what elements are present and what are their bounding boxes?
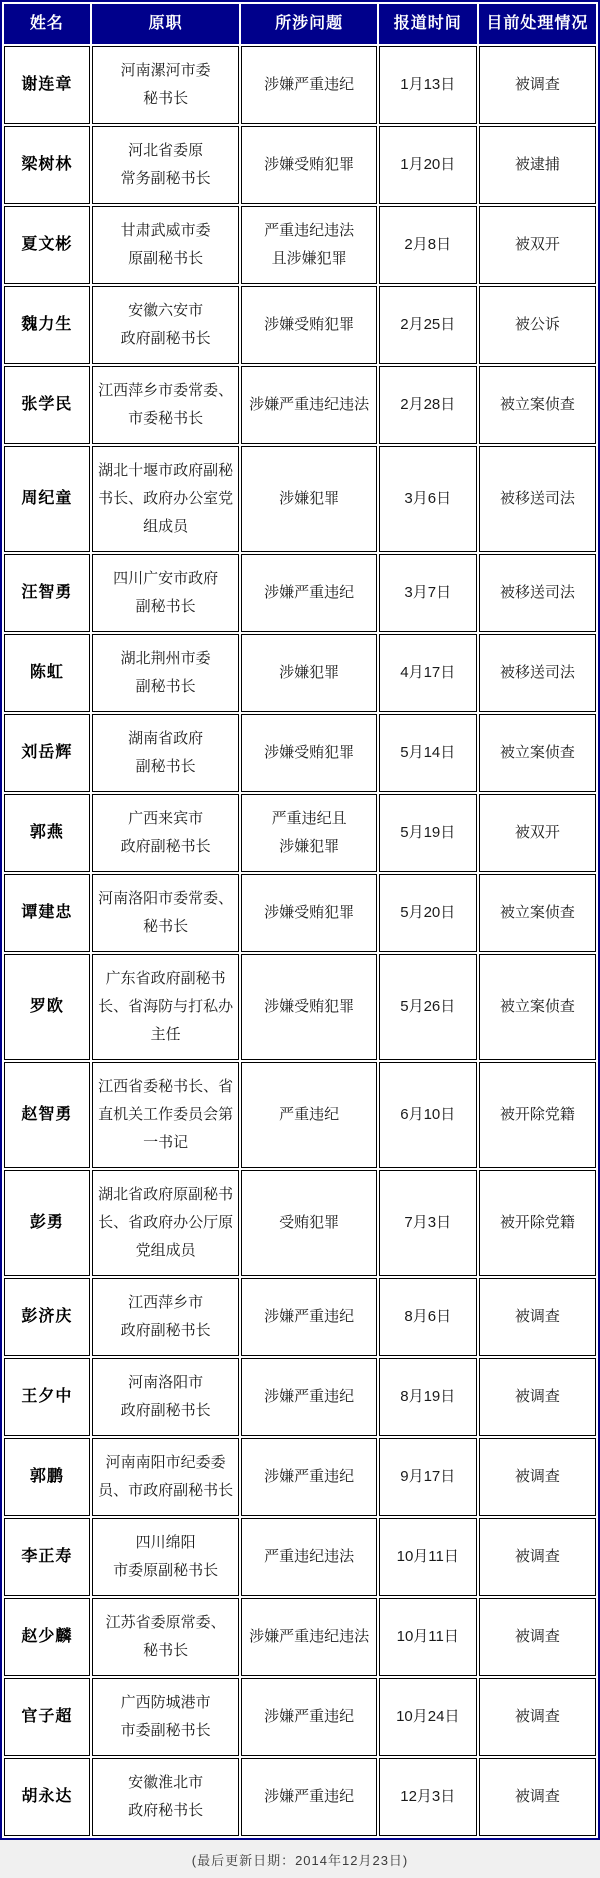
cell-status: 被调查 xyxy=(479,1358,596,1436)
cell-date: 2月28日 xyxy=(379,366,477,444)
cell-status: 被调查 xyxy=(479,1758,596,1836)
cell-date: 5月20日 xyxy=(379,874,477,952)
cell-position: 江苏省委原常委、 秘书长 xyxy=(92,1598,240,1676)
cell-status: 被立案侦查 xyxy=(479,366,596,444)
cell-position: 湖南省政府 副秘书长 xyxy=(92,714,240,792)
cell-name: 郭燕 xyxy=(4,794,90,872)
cell-date: 5月14日 xyxy=(379,714,477,792)
cell-name: 胡永达 xyxy=(4,1758,90,1836)
table-row: 胡永达 安徽淮北市 政府秘书长 涉嫌严重违纪 12月3日 被调查 xyxy=(4,1758,596,1836)
cell-name: 汪智勇 xyxy=(4,554,90,632)
cell-name: 罗欧 xyxy=(4,954,90,1060)
cell-status: 被移送司法 xyxy=(479,446,596,552)
cell-date: 10月24日 xyxy=(379,1678,477,1756)
cell-issue: 严重违纪 xyxy=(241,1062,376,1168)
cell-position: 河南洛阳市委常委、 秘书长 xyxy=(92,874,240,952)
cell-position: 四川绵阳 市委原副秘书长 xyxy=(92,1518,240,1596)
cell-status: 被逮捕 xyxy=(479,126,596,204)
cell-name: 刘岳辉 xyxy=(4,714,90,792)
cell-name: 陈虹 xyxy=(4,634,90,712)
cell-issue: 涉嫌严重违纪违法 xyxy=(241,1598,376,1676)
cell-position: 河北省委原 常务副秘书长 xyxy=(92,126,240,204)
cell-name: 夏文彬 xyxy=(4,206,90,284)
header-row: 姓名 原职 所涉问题 报道时间 目前处理情况 xyxy=(4,4,596,44)
cell-name: 彭济庆 xyxy=(4,1278,90,1356)
cell-status: 被调查 xyxy=(479,46,596,124)
table-row: 汪智勇 四川广安市政府 副秘书长 涉嫌严重违纪 3月7日 被移送司法 xyxy=(4,554,596,632)
cell-status: 被开除党籍 xyxy=(479,1062,596,1168)
cell-name: 李正寿 xyxy=(4,1518,90,1596)
cell-position: 广西来宾市 政府副秘书长 xyxy=(92,794,240,872)
cell-date: 2月8日 xyxy=(379,206,477,284)
cell-issue: 涉嫌受贿犯罪 xyxy=(241,714,376,792)
cell-position: 广东省政府副秘书 长、省海防与打私办 主任 xyxy=(92,954,240,1060)
cell-position: 河南洛阳市 政府副秘书长 xyxy=(92,1358,240,1436)
cell-issue: 涉嫌严重违纪违法 xyxy=(241,366,376,444)
table-row: 谭建忠 河南洛阳市委常委、 秘书长 涉嫌受贿犯罪 5月20日 被立案侦查 xyxy=(4,874,596,952)
cell-name: 赵智勇 xyxy=(4,1062,90,1168)
cell-issue: 严重违纪且 涉嫌犯罪 xyxy=(241,794,376,872)
cell-name: 周纪童 xyxy=(4,446,90,552)
cell-position: 江西萍乡市委常委、 市委秘书长 xyxy=(92,366,240,444)
cell-name: 张学民 xyxy=(4,366,90,444)
cell-name: 赵少麟 xyxy=(4,1598,90,1676)
cell-date: 9月17日 xyxy=(379,1438,477,1516)
cell-position: 河南漯河市委 秘书长 xyxy=(92,46,240,124)
cell-issue: 涉嫌犯罪 xyxy=(241,634,376,712)
table-row: 陈虹 湖北荆州市委 副秘书长 涉嫌犯罪 4月17日 被移送司法 xyxy=(4,634,596,712)
cell-name: 梁树林 xyxy=(4,126,90,204)
cell-position: 湖北十堰市政府副秘 书长、政府办公室党 组成员 xyxy=(92,446,240,552)
cell-issue: 涉嫌严重违纪 xyxy=(241,1438,376,1516)
cell-issue: 涉嫌受贿犯罪 xyxy=(241,954,376,1060)
cell-name: 郭鹏 xyxy=(4,1438,90,1516)
cell-status: 被立案侦查 xyxy=(479,954,596,1060)
cell-status: 被调查 xyxy=(479,1278,596,1356)
cell-name: 魏力生 xyxy=(4,286,90,364)
cell-issue: 涉嫌严重违纪 xyxy=(241,1678,376,1756)
cell-name: 谢连章 xyxy=(4,46,90,124)
cell-date: 1月13日 xyxy=(379,46,477,124)
table-row: 张学民 江西萍乡市委常委、 市委秘书长 涉嫌严重违纪违法 2月28日 被立案侦查 xyxy=(4,366,596,444)
cell-status: 被移送司法 xyxy=(479,554,596,632)
cell-issue: 涉嫌严重违纪 xyxy=(241,46,376,124)
cell-date: 12月3日 xyxy=(379,1758,477,1836)
table-row: 郭燕 广西来宾市 政府副秘书长 严重违纪且 涉嫌犯罪 5月19日 被双开 xyxy=(4,794,596,872)
cell-position: 安徽淮北市 政府秘书长 xyxy=(92,1758,240,1836)
table-row: 罗欧 广东省政府副秘书 长、省海防与打私办 主任 涉嫌受贿犯罪 5月26日 被立… xyxy=(4,954,596,1060)
cell-date: 2月25日 xyxy=(379,286,477,364)
table-row: 谢连章 河南漯河市委 秘书长 涉嫌严重违纪 1月13日 被调查 xyxy=(4,46,596,124)
cell-position: 四川广安市政府 副秘书长 xyxy=(92,554,240,632)
cell-status: 被双开 xyxy=(479,206,596,284)
table-row: 彭勇 湖北省政府原副秘书 长、省政府办公厅原 党组成员 受贿犯罪 7月3日 被开… xyxy=(4,1170,596,1276)
cell-status: 被调查 xyxy=(479,1518,596,1596)
cell-issue: 涉嫌受贿犯罪 xyxy=(241,286,376,364)
cell-date: 5月26日 xyxy=(379,954,477,1060)
cell-status: 被调查 xyxy=(479,1678,596,1756)
col-header-position: 原职 xyxy=(92,4,240,44)
table-row: 官子超 广西防城港市 市委副秘书长 涉嫌严重违纪 10月24日 被调查 xyxy=(4,1678,596,1756)
cell-position: 安徽六安市 政府副秘书长 xyxy=(92,286,240,364)
cell-issue: 涉嫌严重违纪 xyxy=(241,554,376,632)
cell-issue: 受贿犯罪 xyxy=(241,1170,376,1276)
cell-date: 5月19日 xyxy=(379,794,477,872)
cell-date: 7月3日 xyxy=(379,1170,477,1276)
cell-date: 4月17日 xyxy=(379,634,477,712)
col-header-name: 姓名 xyxy=(4,4,90,44)
cell-status: 被立案侦查 xyxy=(479,714,596,792)
table-row: 周纪童 湖北十堰市政府副秘 书长、政府办公室党 组成员 涉嫌犯罪 3月6日 被移… xyxy=(4,446,596,552)
cell-status: 被调查 xyxy=(479,1598,596,1676)
col-header-status: 目前处理情况 xyxy=(479,4,596,44)
cell-issue: 涉嫌严重违纪 xyxy=(241,1758,376,1836)
cell-issue: 涉嫌严重违纪 xyxy=(241,1358,376,1436)
cell-status: 被公诉 xyxy=(479,286,596,364)
cell-status: 被开除党籍 xyxy=(479,1170,596,1276)
cell-position: 甘肃武威市委 原副秘书长 xyxy=(92,206,240,284)
cell-position: 江西省委秘书长、省 直机关工作委员会第 一书记 xyxy=(92,1062,240,1168)
cell-date: 10月11日 xyxy=(379,1598,477,1676)
cell-position: 湖北省政府原副秘书 长、省政府办公厅原 党组成员 xyxy=(92,1170,240,1276)
cell-date: 3月7日 xyxy=(379,554,477,632)
officials-table: 姓名 原职 所涉问题 报道时间 目前处理情况 谢连章 河南漯河市委 秘书长 涉嫌… xyxy=(0,0,600,1840)
cell-issue: 涉嫌受贿犯罪 xyxy=(241,126,376,204)
cell-issue: 涉嫌犯罪 xyxy=(241,446,376,552)
cell-name: 官子超 xyxy=(4,1678,90,1756)
cell-status: 被立案侦查 xyxy=(479,874,596,952)
table-row: 赵少麟 江苏省委原常委、 秘书长 涉嫌严重违纪违法 10月11日 被调查 xyxy=(4,1598,596,1676)
table-body: 谢连章 河南漯河市委 秘书长 涉嫌严重违纪 1月13日 被调查 梁树林 河北省委… xyxy=(4,46,596,1836)
table-row: 郭鹏 河南南阳市纪委委 员、市政府副秘书长 涉嫌严重违纪 9月17日 被调查 xyxy=(4,1438,596,1516)
cell-issue: 涉嫌严重违纪 xyxy=(241,1278,376,1356)
table-row: 彭济庆 江西萍乡市 政府副秘书长 涉嫌严重违纪 8月6日 被调查 xyxy=(4,1278,596,1356)
update-note: (最后更新日期：2014年12月23日) xyxy=(0,1840,600,1878)
cell-name: 王夕中 xyxy=(4,1358,90,1436)
cell-status: 被调查 xyxy=(479,1438,596,1516)
cell-status: 被移送司法 xyxy=(479,634,596,712)
cell-issue: 涉嫌受贿犯罪 xyxy=(241,874,376,952)
cell-position: 河南南阳市纪委委 员、市政府副秘书长 xyxy=(92,1438,240,1516)
cell-name: 谭建忠 xyxy=(4,874,90,952)
table-row: 魏力生 安徽六安市 政府副秘书长 涉嫌受贿犯罪 2月25日 被公诉 xyxy=(4,286,596,364)
table-row: 梁树林 河北省委原 常务副秘书长 涉嫌受贿犯罪 1月20日 被逮捕 xyxy=(4,126,596,204)
col-header-date: 报道时间 xyxy=(379,4,477,44)
cell-status: 被双开 xyxy=(479,794,596,872)
cell-position: 广西防城港市 市委副秘书长 xyxy=(92,1678,240,1756)
cell-date: 10月11日 xyxy=(379,1518,477,1596)
table-row: 李正寿 四川绵阳 市委原副秘书长 严重违纪违法 10月11日 被调查 xyxy=(4,1518,596,1596)
cell-date: 3月6日 xyxy=(379,446,477,552)
cell-issue: 严重违纪违法 xyxy=(241,1518,376,1596)
officials-investigation-page: 姓名 原职 所涉问题 报道时间 目前处理情况 谢连章 河南漯河市委 秘书长 涉嫌… xyxy=(0,0,600,1878)
cell-position: 湖北荆州市委 副秘书长 xyxy=(92,634,240,712)
cell-date: 8月19日 xyxy=(379,1358,477,1436)
cell-date: 8月6日 xyxy=(379,1278,477,1356)
col-header-issue: 所涉问题 xyxy=(241,4,376,44)
table-row: 王夕中 河南洛阳市 政府副秘书长 涉嫌严重违纪 8月19日 被调查 xyxy=(4,1358,596,1436)
cell-issue: 严重违纪违法 且涉嫌犯罪 xyxy=(241,206,376,284)
cell-position: 江西萍乡市 政府副秘书长 xyxy=(92,1278,240,1356)
cell-date: 6月10日 xyxy=(379,1062,477,1168)
cell-name: 彭勇 xyxy=(4,1170,90,1276)
table-row: 赵智勇 江西省委秘书长、省 直机关工作委员会第 一书记 严重违纪 6月10日 被… xyxy=(4,1062,596,1168)
cell-date: 1月20日 xyxy=(379,126,477,204)
table-row: 夏文彬 甘肃武威市委 原副秘书长 严重违纪违法 且涉嫌犯罪 2月8日 被双开 xyxy=(4,206,596,284)
table-row: 刘岳辉 湖南省政府 副秘书长 涉嫌受贿犯罪 5月14日 被立案侦查 xyxy=(4,714,596,792)
